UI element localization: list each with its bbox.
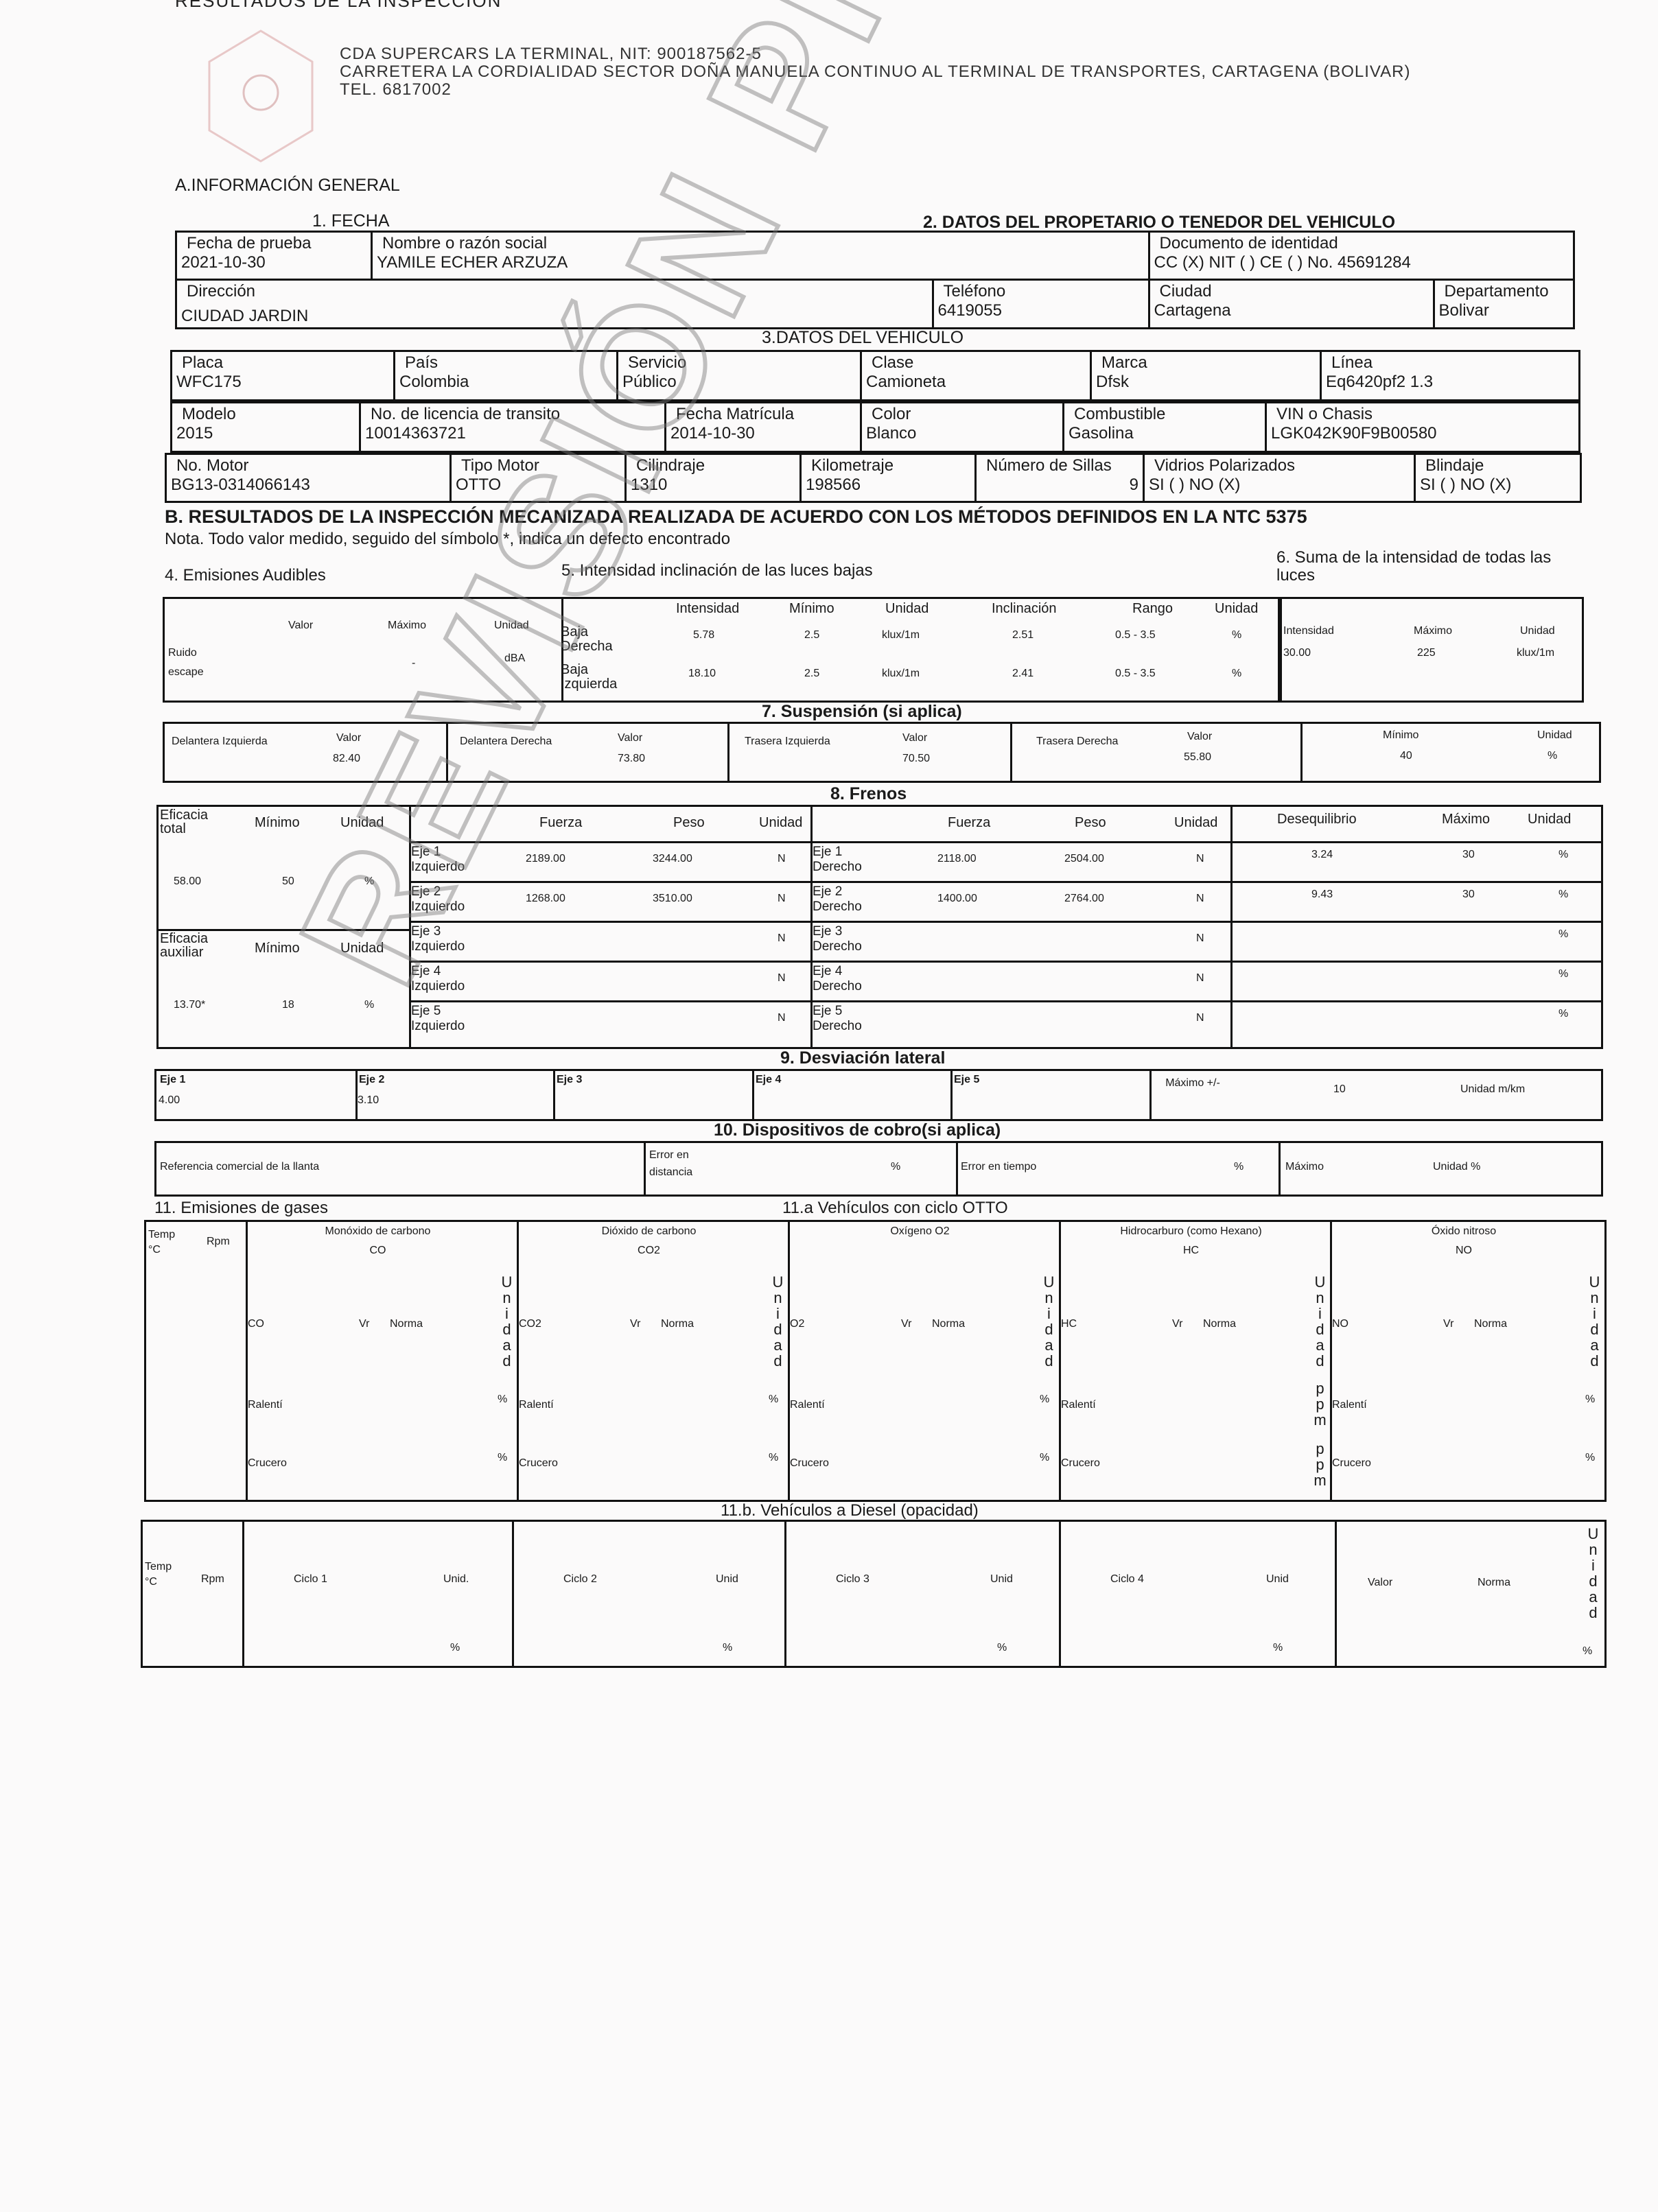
- emisiones-audibles-title: 4. Emisiones Audibles: [165, 566, 326, 585]
- susp-tras-izq-label: Trasera Izquierda: [745, 732, 848, 751]
- freno-der-unidad: N: [1196, 932, 1204, 945]
- baja-izquierda-label: Baja Izquierda: [561, 663, 609, 692]
- ciclo-unit: %: [450, 1642, 460, 1654]
- otto-box: Temp °CRpmMonóxido de carbonoCOCOVrNorma…: [144, 1220, 1607, 1502]
- izq-peso-header: Peso: [673, 815, 705, 831]
- susp-minimo-label: Mínimo: [1383, 729, 1418, 742]
- ruido-unidad: dBA: [504, 652, 525, 665]
- gas-short: HC: [1061, 1318, 1077, 1330]
- ciclo-unit: %: [723, 1642, 732, 1654]
- freno-der-fuerza: 1400.00: [937, 893, 977, 905]
- ciclo-unid: Unid.: [443, 1573, 469, 1586]
- valor-header: Valor: [288, 620, 313, 632]
- gas-symbol: NO: [1337, 1245, 1591, 1257]
- ciclo-unit: %: [1273, 1642, 1283, 1654]
- vidrios-cell: Vidrios PolarizadosSI ( ) NO (X): [1144, 454, 1415, 502]
- vehicle-title: 3.DATOS DEL VEHICULO: [762, 328, 964, 348]
- ciclo-label: Ciclo 2: [563, 1573, 597, 1586]
- eficacia-auxiliar-value: 13.70*: [174, 999, 205, 1011]
- gas-unidad-vertical: Unidad: [1585, 1273, 1603, 1368]
- ralenti-label: Ralentí: [1332, 1399, 1367, 1411]
- ruido-maximo: -: [412, 657, 415, 670]
- susp-tras-izq-valor-label: Valor: [902, 732, 927, 744]
- intensidad-header: Intensidad: [676, 602, 739, 616]
- frenos-box: Eficacia totalMínimoUnidad58.0050%Eficac…: [156, 805, 1603, 1049]
- emisiones-audibles-box: Valor Máximo Unidad Ruido escape - dBA: [163, 597, 563, 703]
- kilometraje-cell: Kilometraje198566: [801, 454, 976, 502]
- desviacion-title: 9. Desviación lateral: [780, 1048, 945, 1068]
- desequilibrio-maximo: 30: [1462, 889, 1475, 901]
- ciclo-label: Ciclo 4: [1110, 1573, 1144, 1586]
- desviacion-eje-label: Eje 5: [954, 1074, 979, 1086]
- freno-der-label: Eje 5 Derecho: [813, 1004, 874, 1034]
- ciclo-label: Ciclo 1: [294, 1573, 327, 1586]
- freno-der-label: Eje 1 Derecho: [813, 845, 874, 875]
- blindaje-cell: BlindajeSI ( ) NO (X): [1415, 454, 1581, 502]
- diesel-rpm-label: Rpm: [201, 1573, 224, 1586]
- vehicle-row-3: No. MotorBG13-0314066143 Tipo MotorOTTO …: [165, 453, 1582, 503]
- freno-izq-fuerza: 1268.00: [526, 893, 565, 905]
- suma-intensidad-value: 30.00: [1283, 647, 1311, 659]
- section-b-note: Nota. Todo valor medido, seguido del sím…: [165, 530, 730, 549]
- documento-cell: Documento de identidadCC (X) NIT ( ) CE …: [1149, 232, 1574, 280]
- company-address: CARRETERA LA CORDIALIDAD SECTOR DOÑA MAN…: [340, 63, 1410, 81]
- der-fuerza-header: Fuerza: [948, 815, 990, 831]
- gas-symbol: CO2: [524, 1245, 774, 1257]
- gas-norma: Norma: [661, 1318, 694, 1330]
- matricula-cell: Fecha Matrícula2014-10-30: [666, 403, 861, 452]
- frenos-title: 8. Frenos: [830, 784, 907, 804]
- freno-izq-label: Eje 2 Izquierdo: [411, 884, 473, 915]
- unidad-header: Unidad: [494, 620, 529, 632]
- gas-unidad-vertical: Unidad: [1311, 1273, 1329, 1368]
- crucero-label: Crucero: [1332, 1457, 1371, 1470]
- gas-vr: Vr: [359, 1318, 369, 1330]
- diesel-box: Temp °CRpmCiclo 1Unid.%Ciclo 2Unid%Ciclo…: [141, 1520, 1607, 1668]
- suspension-box: Delantera Izquierda Valor 82.40 Delanter…: [163, 722, 1601, 783]
- ciclo-unid: Unid: [1266, 1573, 1289, 1586]
- gas-unidad-vertical: Unidad: [769, 1273, 786, 1368]
- susp-del-izq-label: Delantera Izquierda: [172, 732, 275, 751]
- gas-short: CO: [248, 1318, 264, 1330]
- linea-cell: LíneaEq6420pf2 1.3: [1321, 351, 1580, 401]
- gas-name: Oxígeno O2: [795, 1225, 1045, 1238]
- ralenti-label: Ralentí: [519, 1399, 554, 1411]
- ciclo-unid: Unid: [716, 1573, 738, 1586]
- desviacion-eje-value: 4.00: [159, 1094, 180, 1107]
- error-tiempo-label: Error en tiempo: [961, 1161, 1036, 1173]
- minimo-header: Mínimo: [789, 602, 834, 616]
- unidad-header: Unidad: [885, 602, 929, 616]
- freno-izq-label: Eje 3 Izquierdo: [411, 924, 473, 954]
- section-a-title: A.INFORMACIÓN GENERAL: [175, 176, 400, 196]
- cobro-box: Referencia comercial de la llanta Error …: [154, 1141, 1603, 1197]
- ralenti-unit: %: [1585, 1393, 1595, 1406]
- modelo-cell: Modelo2015: [172, 403, 360, 452]
- company-name: CDA SUPERCARS LA TERMINAL, NIT: 90018756…: [340, 45, 1410, 63]
- gas-name: Óxido nitroso: [1337, 1225, 1591, 1238]
- eficacia-total-minimo-label: Mínimo: [255, 815, 300, 831]
- susp-tras-izq-value: 70.50: [902, 753, 930, 765]
- temp-label: Temp °C: [148, 1227, 189, 1258]
- eficacia-total-unidad-label: Unidad: [340, 815, 384, 831]
- gases-title: 11. Emisiones de gases: [154, 1199, 328, 1218]
- eficacia-total-value: 58.00: [174, 875, 201, 888]
- freno-izq-unidad: N: [778, 972, 786, 985]
- freno-der-unidad: N: [1196, 853, 1204, 865]
- gas-short: NO: [1332, 1318, 1348, 1330]
- freno-izq-label: Eje 1 Izquierdo: [411, 845, 473, 875]
- section-b-title: B. RESULTADOS DE LA INSPECCIÓN MECANIZAD…: [165, 506, 1307, 528]
- freno-izq-peso: 3244.00: [653, 853, 692, 865]
- suma-maximo-header: Máximo: [1414, 625, 1452, 637]
- telefono-cell: Teléfono6419055: [933, 280, 1149, 329]
- vin-cell: VIN o ChasisLGK042K90F9B00580: [1266, 403, 1580, 452]
- gas-norma: Norma: [1474, 1318, 1507, 1330]
- gas-name: Hidrocarburo (como Hexano): [1066, 1225, 1316, 1238]
- freno-izq-fuerza: 2189.00: [526, 853, 565, 865]
- baja-derecha-minimo: 2.5: [804, 629, 819, 642]
- eficacia-auxiliar-label: Eficacia auxiliar: [160, 932, 222, 959]
- baja-izquierda-unidad: klux/1m: [882, 668, 920, 680]
- crucero-unit: %: [1585, 1452, 1595, 1464]
- gas-symbol: HC: [1066, 1245, 1316, 1257]
- ruido-escape-label: Ruido escape: [168, 644, 230, 682]
- gas-name: Monóxido de carbono: [253, 1225, 503, 1238]
- servicio-cell: ServicioPúblico: [618, 351, 861, 401]
- cda-logo-icon: [202, 27, 319, 165]
- freno-der-peso: 2504.00: [1064, 853, 1104, 865]
- nombre-cell: Nombre o razón socialYAMILE ECHER ARZUZA: [372, 232, 1149, 280]
- gas-vr: Vr: [1443, 1318, 1453, 1330]
- desequilibrio-unidad: %: [1558, 849, 1568, 861]
- ralenti-label: Ralentí: [1061, 1399, 1096, 1411]
- baja-izquierda-minimo: 2.5: [804, 668, 819, 680]
- clase-cell: ClaseCamioneta: [861, 351, 1091, 401]
- vehicle-row-2: Modelo2015 No. de licencia de transito10…: [170, 401, 1580, 453]
- freno-der-label: Eje 2 Derecho: [813, 884, 874, 915]
- baja-derecha-rango: 0.5 - 3.5: [1115, 629, 1156, 642]
- cobro-unidad-label: Unidad %: [1433, 1161, 1480, 1173]
- placa-cell: PlacaWFC175: [172, 351, 395, 401]
- ciudad-cell: CiudadCartagena: [1149, 280, 1434, 329]
- freno-izq-unidad: N: [778, 932, 786, 945]
- der-peso-header: Peso: [1075, 815, 1106, 831]
- susp-del-der-value: 73.80: [618, 753, 645, 765]
- suma-luces-box: Intensidad Máximo Unidad 30.00 225 klux/…: [1278, 597, 1584, 703]
- freno-izq-label: Eje 5 Izquierdo: [411, 1004, 473, 1034]
- tipo-motor-cell: Tipo MotorOTTO: [451, 454, 626, 502]
- otto-title: 11.a Vehículos con ciclo OTTO: [782, 1199, 1008, 1218]
- eficacia-auxiliar-minimo-label: Mínimo: [255, 941, 300, 956]
- error-tiempo-unit: %: [1234, 1161, 1243, 1173]
- desequilibrio-value: 9.43: [1311, 889, 1333, 901]
- eficacia-auxiliar-unidad-label: Unidad: [340, 941, 384, 956]
- desequilibrio-unidad: %: [1558, 928, 1568, 941]
- baja-derecha-intensidad: 5.78: [693, 629, 714, 642]
- desviacion-eje-label: Eje 2: [359, 1074, 384, 1086]
- gas-short: CO2: [519, 1318, 541, 1330]
- suma-unidad-value: klux/1m: [1517, 647, 1554, 659]
- baja-derecha-unidad: klux/1m: [882, 629, 920, 642]
- diesel-temp-label: Temp °C: [145, 1560, 186, 1590]
- desviacion-eje-label: Eje 1: [160, 1074, 185, 1086]
- desviacion-eje-value: 3.10: [358, 1094, 379, 1107]
- freno-izq-unidad: N: [778, 853, 786, 865]
- gas-norma: Norma: [932, 1318, 965, 1330]
- susp-tras-der-label: Trasera Derecha: [1036, 732, 1125, 751]
- desviacion-eje-label: Eje 3: [557, 1074, 582, 1086]
- der-unidad-header: Unidad: [1174, 815, 1217, 831]
- combustible-cell: CombustibleGasolina: [1064, 403, 1266, 452]
- diesel-title: 11.b. Vehículos a Diesel (opacidad): [721, 1501, 979, 1520]
- diesel-unidad-vertical: Unidad: [1584, 1525, 1602, 1620]
- gas-norma: Norma: [1203, 1318, 1236, 1330]
- ralenti-label: Ralentí: [790, 1399, 825, 1411]
- marca-cell: MarcaDfsk: [1091, 351, 1321, 401]
- rpm-label: Rpm: [207, 1236, 230, 1248]
- freno-der-fuerza: 2118.00: [937, 853, 977, 865]
- desviacion-unidad: Unidad m/km: [1460, 1083, 1525, 1096]
- licencia-cell: No. de licencia de transito10014363721: [360, 403, 666, 452]
- crucero-unit: %: [769, 1452, 778, 1464]
- crucero-label: Crucero: [1061, 1457, 1100, 1470]
- izq-fuerza-header: Fuerza: [539, 815, 582, 831]
- gas-short: O2: [790, 1318, 804, 1330]
- desviacion-maximo-value: 10: [1333, 1083, 1346, 1096]
- susp-tras-der-value: 55.80: [1184, 751, 1211, 764]
- gas-vr: Vr: [630, 1318, 640, 1330]
- desviacion-box: Eje 14.00Eje 23.10Eje 3Eje 4Eje 5Máximo …: [154, 1069, 1603, 1121]
- baja-izquierda-rango: 0.5 - 3.5: [1115, 668, 1156, 680]
- motor-cell: No. MotorBG13-0314066143: [166, 454, 451, 502]
- vehicle-row-1: PlacaWFC175 PaísColombia ServicioPúblico…: [170, 350, 1580, 401]
- desviacion-maximo-label: Máximo +/-: [1158, 1074, 1227, 1093]
- baja-izquierda-intensidad: 18.10: [688, 668, 716, 680]
- general-info-table: Fecha de prueba2021-10-30 Nombre o razón…: [175, 231, 1575, 329]
- freno-der-peso: 2764.00: [1064, 893, 1104, 905]
- desequilibrio-maximo-header: Máximo: [1442, 812, 1490, 827]
- susp-del-izq-value: 82.40: [333, 753, 360, 765]
- baja-izquierda-inclinacion: 2.41: [1012, 668, 1034, 680]
- susp-del-der-label: Delantera Derecha: [460, 732, 563, 751]
- desequilibrio-unidad: %: [1558, 968, 1568, 980]
- cobro-maximo-label: Máximo: [1285, 1161, 1324, 1173]
- desequilibrio-unidad: %: [1558, 889, 1568, 901]
- suma-unidad-header: Unidad: [1520, 625, 1555, 637]
- unidad2-header: Unidad: [1215, 602, 1258, 616]
- ciclo-unid: Unid: [990, 1573, 1013, 1586]
- luces-title: 5. Intensidad inclinación de las luces b…: [561, 561, 873, 580]
- freno-der-label: Eje 3 Derecho: [813, 924, 874, 954]
- freno-der-unidad: N: [1196, 972, 1204, 985]
- gas-unidad-vertical: Unidad: [1040, 1273, 1058, 1368]
- pais-cell: PaísColombia: [395, 351, 618, 401]
- sillas-cell: Número de Sillas9: [976, 454, 1144, 502]
- eficacia-total-label: Eficacia total: [160, 808, 222, 836]
- freno-izq-unidad: N: [778, 893, 786, 905]
- crucero-unit: %: [498, 1452, 507, 1464]
- crucero-unit: %: [1040, 1452, 1049, 1464]
- error-distancia-label: Error en distancia: [649, 1146, 732, 1181]
- suma-maximo-value: 225: [1417, 647, 1436, 659]
- gas-symbol: CO: [253, 1245, 503, 1257]
- cobro-title: 10. Dispositivos de cobro(si aplica): [714, 1120, 1001, 1140]
- susp-del-der-valor-label: Valor: [618, 732, 642, 744]
- desviacion-eje-label: Eje 4: [756, 1074, 781, 1086]
- freno-der-label: Eje 4 Derecho: [813, 964, 874, 994]
- gas-vr: Vr: [901, 1318, 911, 1330]
- freno-izq-label: Eje 4 Izquierdo: [411, 964, 473, 994]
- ralenti-unit: %: [769, 1393, 778, 1406]
- maximo-header: Máximo: [388, 620, 426, 632]
- ciclo-unit: %: [997, 1642, 1007, 1654]
- susp-unidad-value: %: [1548, 750, 1557, 762]
- fecha-title: 1. FECHA: [312, 211, 390, 231]
- baja-izquierda-unidad2: %: [1232, 668, 1241, 680]
- ralenti-unit: %: [498, 1393, 507, 1406]
- company-header: CDA SUPERCARS LA TERMINAL, NIT: 90018756…: [340, 45, 1410, 99]
- cilindraje-cell: Cilindraje1310: [626, 454, 801, 502]
- suma-luces-title: 6. Suma de la intensidad de todas las lu…: [1276, 549, 1578, 585]
- fecha-prueba-cell: Fecha de prueba2021-10-30: [176, 232, 372, 280]
- error-distancia-unit: %: [891, 1161, 900, 1173]
- desequilibrio-unidad-header: Unidad: [1528, 812, 1571, 827]
- susp-unidad-label: Unidad: [1537, 729, 1572, 742]
- crucero-label: Crucero: [790, 1457, 829, 1470]
- desequilibrio-value: 3.24: [1311, 849, 1333, 861]
- eficacia-auxiliar-unidad: %: [364, 999, 374, 1011]
- eficacia-total-unidad: %: [364, 875, 374, 888]
- suma-intensidad-header: Intensidad: [1283, 625, 1334, 637]
- color-cell: ColorBlanco: [861, 403, 1064, 452]
- eficacia-total-minimo: 50: [282, 875, 294, 888]
- gas-name: Dióxido de carbono: [524, 1225, 774, 1238]
- freno-der-unidad: N: [1196, 1012, 1204, 1024]
- izq-unidad-header: Unidad: [759, 815, 802, 831]
- baja-derecha-unidad2: %: [1232, 629, 1241, 642]
- ralenti-unit: %: [1040, 1393, 1049, 1406]
- diesel-valor-label: Valor: [1368, 1577, 1392, 1589]
- ralenti-unit: ppm: [1311, 1380, 1329, 1427]
- inclinacion-header: Inclinación: [992, 602, 1057, 616]
- gas-vr: Vr: [1172, 1318, 1182, 1330]
- rango-header: Rango: [1132, 602, 1173, 616]
- susp-tras-der-valor-label: Valor: [1187, 731, 1212, 743]
- direccion-cell: DirecciónCIUDAD JARDIN: [176, 280, 933, 329]
- luces-box: Intensidad Mínimo Unidad Inclinación Ran…: [559, 597, 1282, 703]
- crucero-label: Crucero: [519, 1457, 558, 1470]
- baja-derecha-inclinacion: 2.51: [1012, 629, 1034, 642]
- freno-izq-peso: 3510.00: [653, 893, 692, 905]
- susp-minimo-value: 40: [1400, 750, 1412, 762]
- desequilibrio-header: Desequilibrio: [1277, 812, 1357, 827]
- gas-norma: Norma: [390, 1318, 423, 1330]
- crucero-unit: ppm: [1311, 1440, 1329, 1487]
- departamento-cell: DepartamentoBolivar: [1434, 280, 1574, 329]
- susp-del-izq-valor-label: Valor: [336, 732, 361, 744]
- referencia-llanta-label: Referencia comercial de la llanta: [160, 1161, 319, 1173]
- owner-title: 2. DATOS DEL PROPETARIO O TENEDOR DEL VE…: [923, 213, 1395, 233]
- ciclo-label: Ciclo 3: [836, 1573, 869, 1586]
- gas-unidad-vertical: Unidad: [498, 1273, 515, 1368]
- company-phone: TEL. 6817002: [340, 81, 1410, 99]
- diesel-unidad-unit: %: [1583, 1645, 1592, 1658]
- freno-der-unidad: N: [1196, 893, 1204, 905]
- desequilibrio-maximo: 30: [1462, 849, 1475, 861]
- document-title-cut: RESULTADOS DE LA INSPECCIÓN: [175, 0, 502, 12]
- ralenti-label: Ralentí: [248, 1399, 283, 1411]
- baja-derecha-label: Baja Derecha: [561, 625, 609, 654]
- diesel-norma-label: Norma: [1478, 1577, 1510, 1589]
- desequilibrio-unidad: %: [1558, 1008, 1568, 1020]
- suspension-title: 7. Suspensión (si aplica): [762, 702, 962, 722]
- eficacia-auxiliar-minimo: 18: [282, 999, 294, 1011]
- crucero-label: Crucero: [248, 1457, 287, 1470]
- freno-izq-unidad: N: [778, 1012, 786, 1024]
